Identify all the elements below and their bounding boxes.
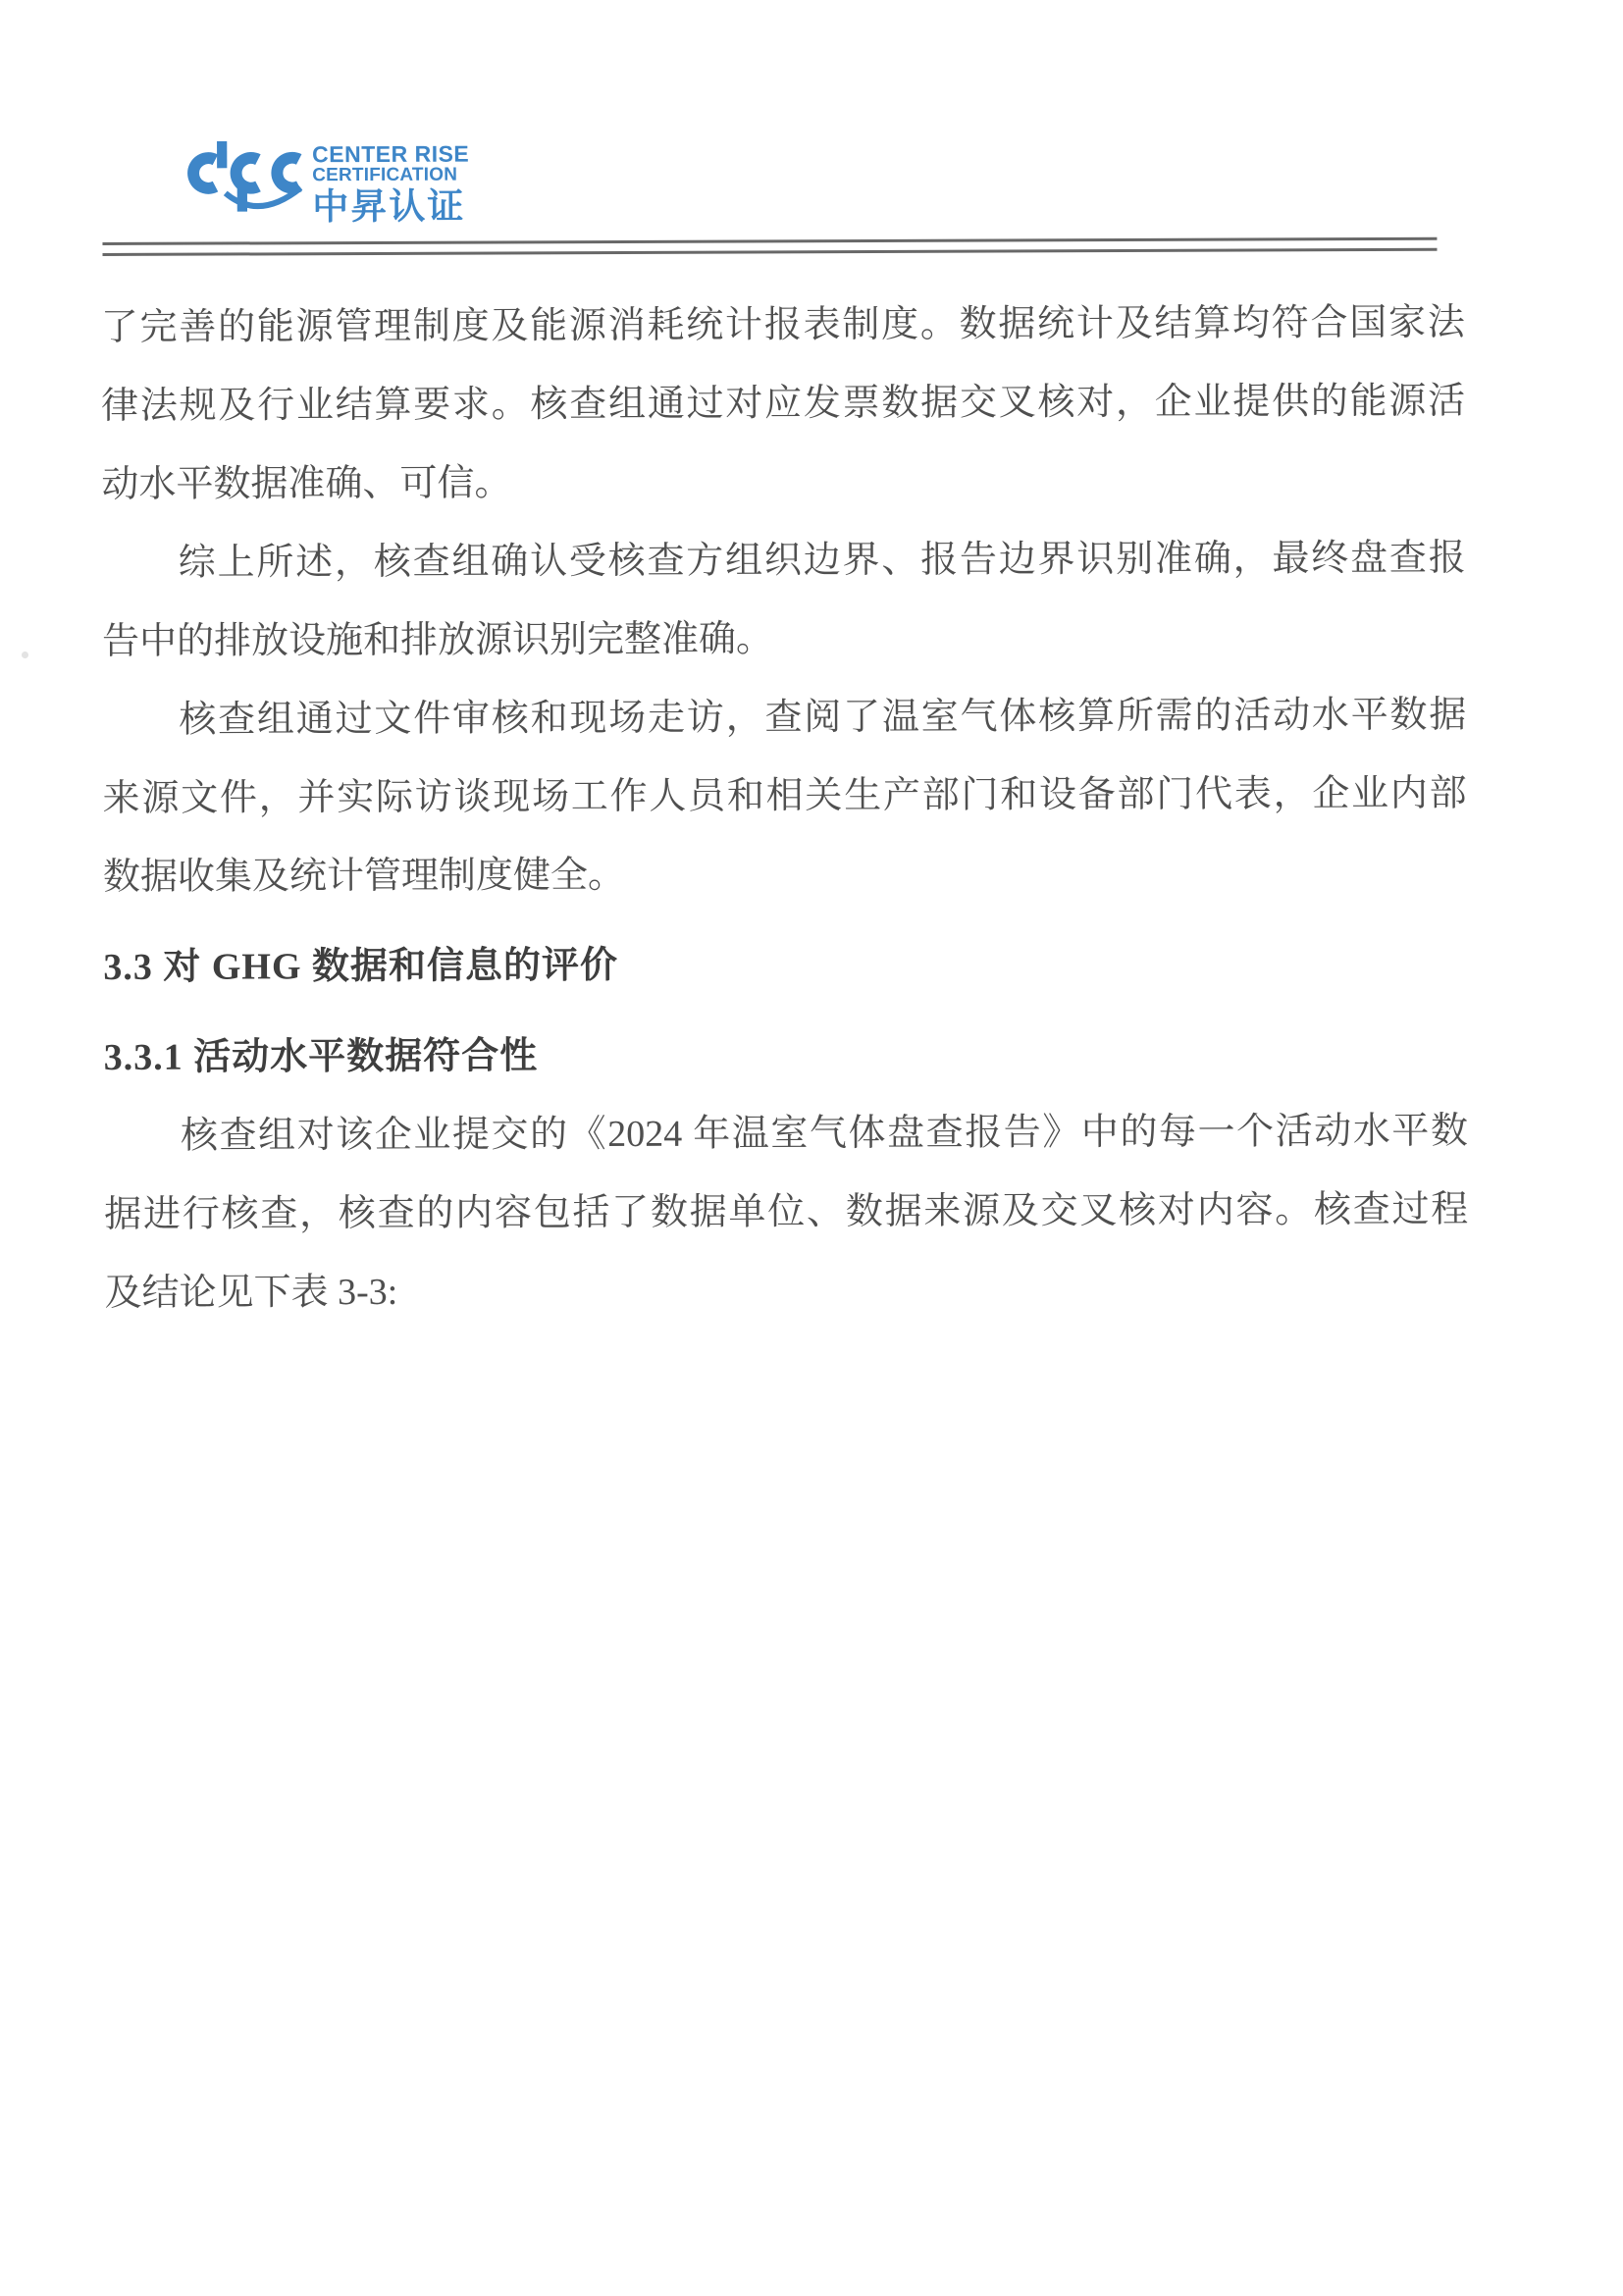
- body-line: 了完善的能源管理制度及能源消耗统计报表制度。数据统计及结算均符合国家法: [101, 284, 1465, 367]
- scanned-content: CENTER RISE CERTIFICATION 中昇认证 了完善的能源管理制…: [0, 0, 1623, 2296]
- body-line: 来源文件，并实际访谈现场工作人员和相关生产部门和设备部门代表，企业内部: [102, 755, 1466, 838]
- body-line: 告中的排放设施和排放源识别完整准确。: [102, 598, 1466, 681]
- page-body: 了完善的能源管理制度及能源消耗统计报表制度。数据统计及结算均符合国家法 律法规及…: [101, 284, 1469, 1332]
- logo-name-en-line2: CERTIFICATION: [312, 166, 469, 186]
- logo-text-block: CENTER RISE CERTIFICATION 中昇认证: [312, 130, 470, 232]
- body-line: 据进行核查，核查的内容包括了数据单位、数据来源及交叉核对内容。核查过程: [104, 1171, 1468, 1254]
- body-line: 律法规及行业结算要求。核查组通过对应发票数据交叉核对，企业提供的能源活: [101, 362, 1465, 445]
- logo-name-en-line1: CENTER RISE: [312, 142, 469, 167]
- body-line: 动水平数据准确、可信。: [101, 441, 1465, 524]
- logo-name-cn: 中昇认证: [312, 185, 469, 232]
- section-heading-3-3: 3.3 对 GHG 数据和信息的评价: [103, 923, 1467, 1007]
- body-line: 核查组对该企业提交的《2024 年温室气体盘查报告》中的每一个活动水平数: [104, 1092, 1468, 1175]
- document-page: CENTER RISE CERTIFICATION 中昇认证 了完善的能源管理制…: [0, 0, 1623, 2296]
- body-line: 数据收集及统计管理制度健全。: [103, 833, 1467, 916]
- section-heading-3-3-1: 3.3.1 活动水平数据符合性: [103, 1014, 1467, 1097]
- crc-monogram-icon: [177, 130, 302, 225]
- body-line: 综上所述，核查组确认受核查方组织边界、报告边界识别准确，最终盘查报: [102, 519, 1466, 602]
- scan-artifact-dot: [22, 652, 28, 658]
- company-logo: CENTER RISE CERTIFICATION 中昇认证: [177, 130, 470, 232]
- header-divider-double-line: [102, 237, 1437, 256]
- body-line: 及结论见下表 3-3:: [104, 1249, 1468, 1332]
- body-line: 核查组通过文件审核和现场走访，查阅了温室气体核算所需的活动水平数据: [102, 676, 1466, 759]
